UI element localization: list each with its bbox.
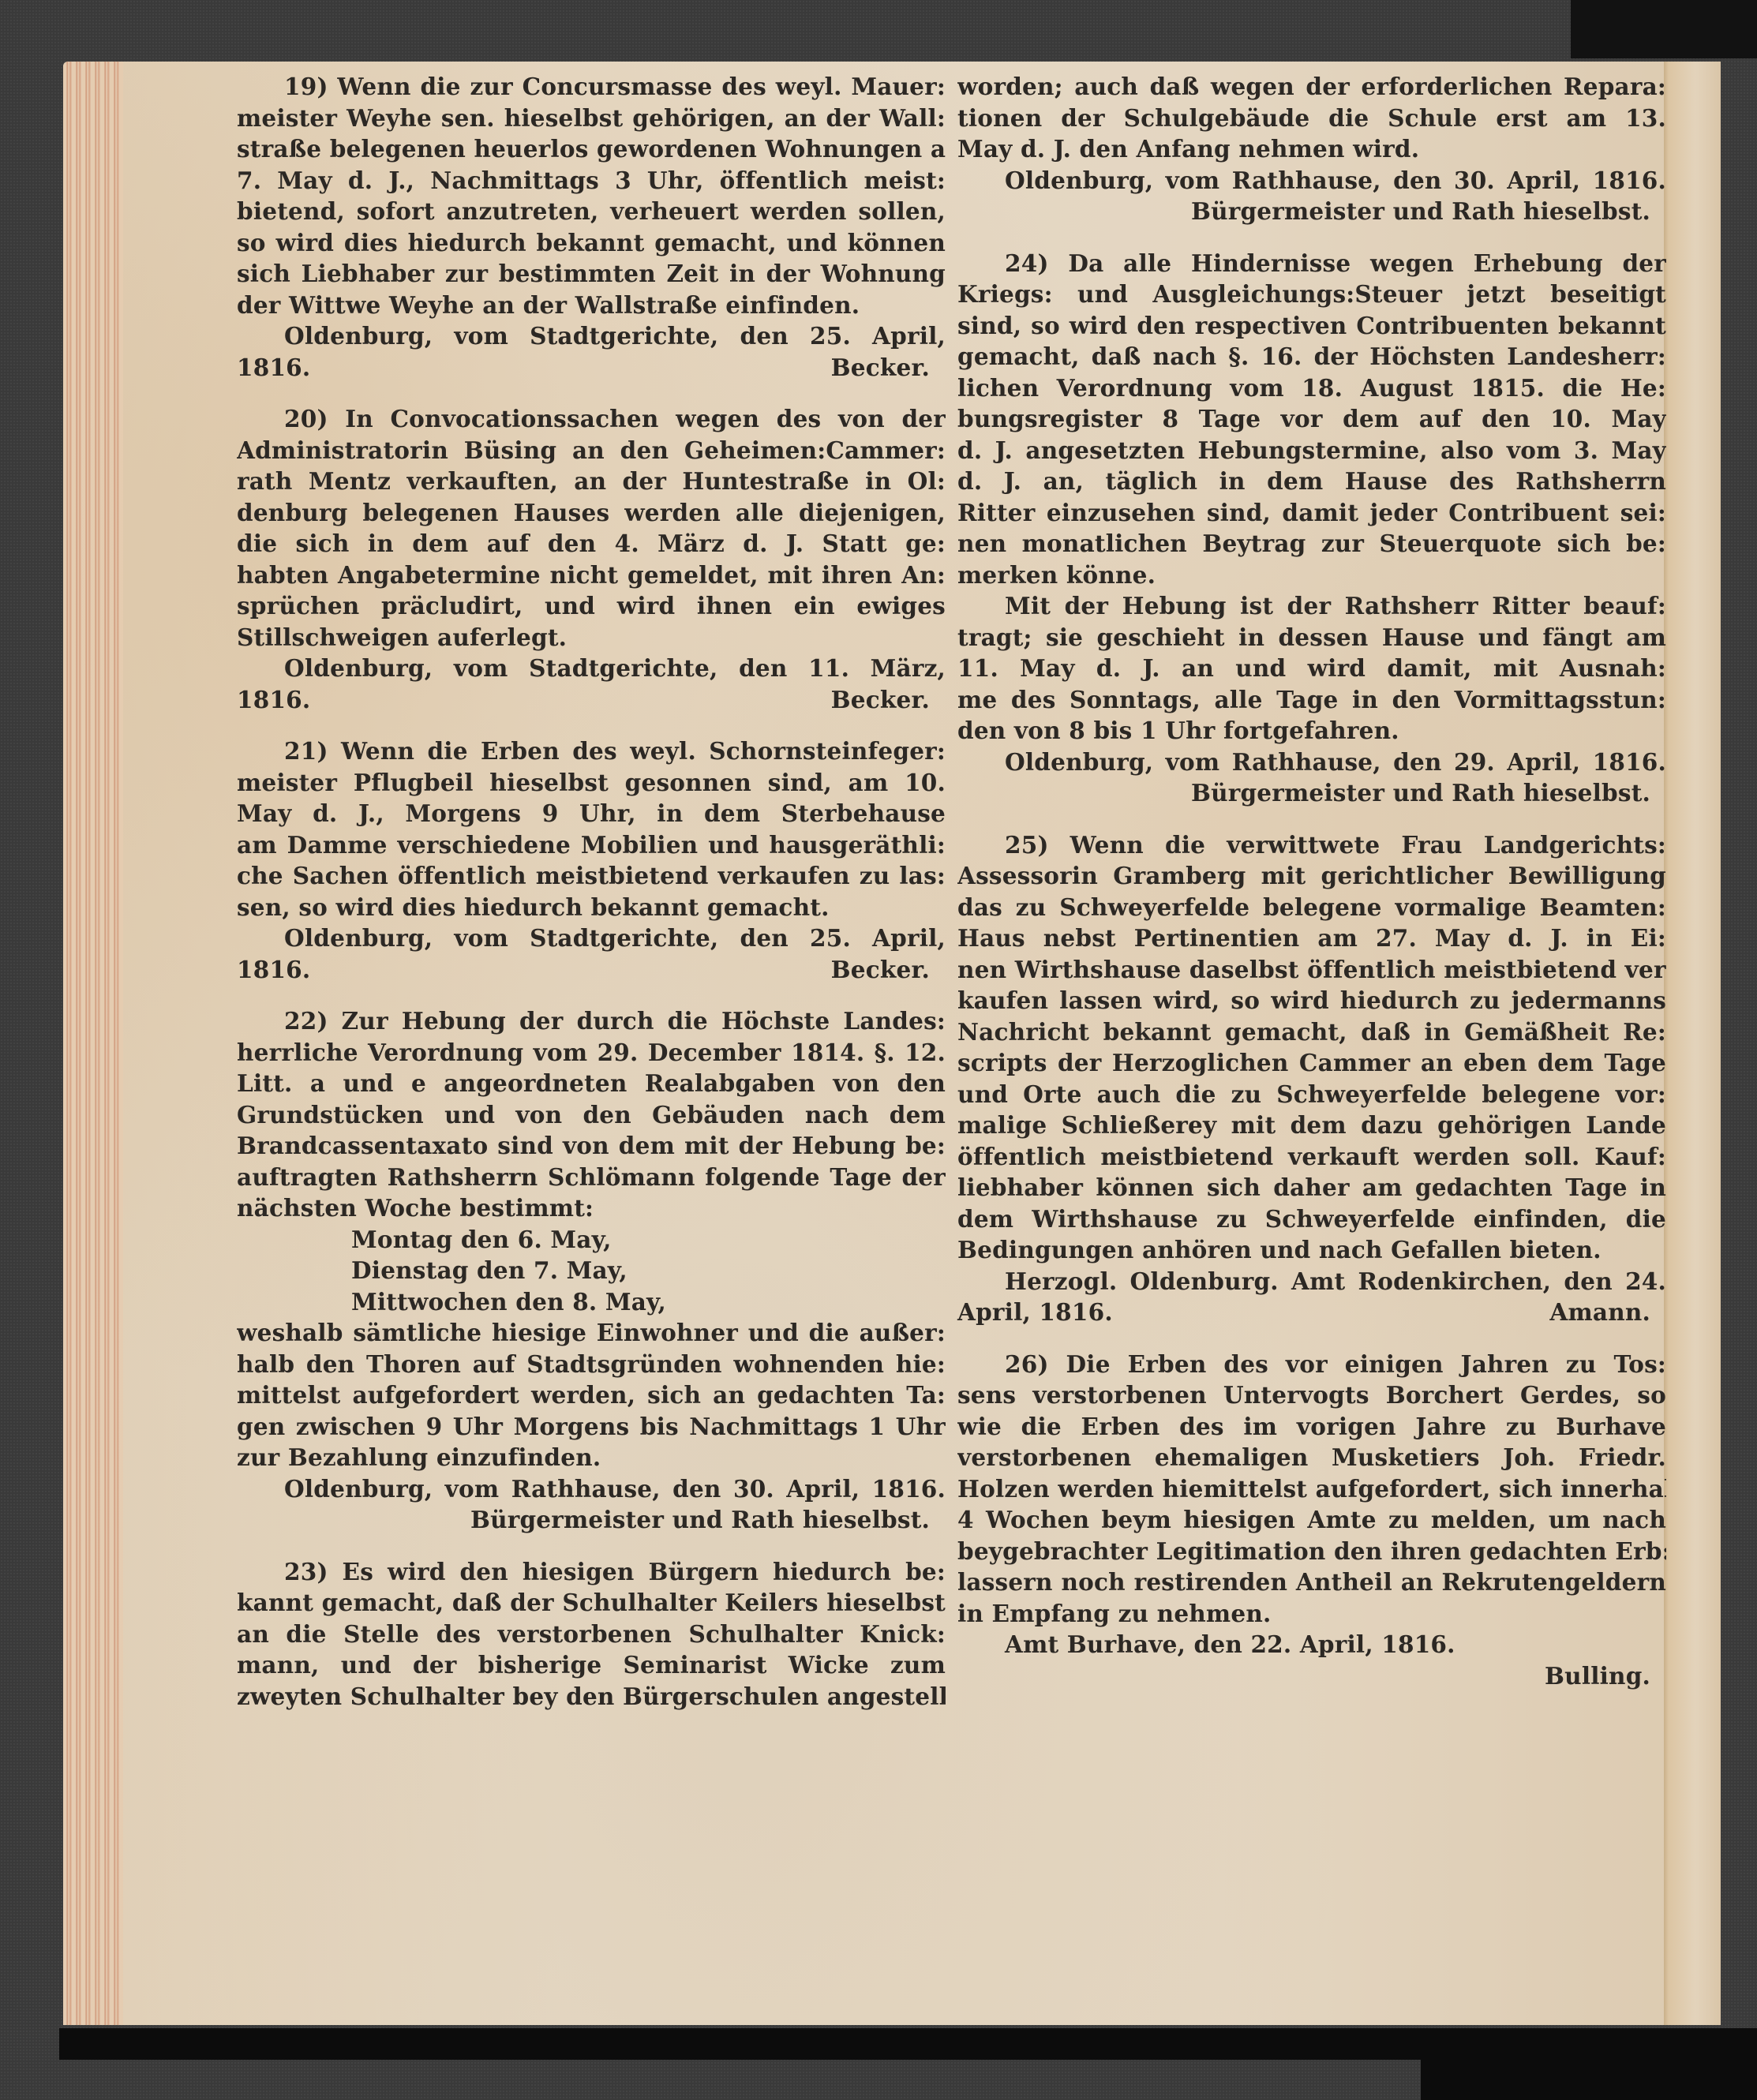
text-line: zweyten Schulhalter bey den Bürgerschule… (237, 1681, 946, 1713)
text-line: May d. J. den Anfang nehmen wird. (957, 133, 1666, 165)
signature: Bürgermeister und Rath hieselbst. (957, 777, 1666, 809)
notice-21: 21) Wenn die Erben des weyl. Schornstein… (237, 736, 946, 985)
text-line: meister Weyhe sen. hieselbst gehörigen, … (237, 103, 946, 134)
text-line: Brandcassentaxato sind von dem mit der H… (237, 1130, 946, 1162)
year: 1816. (237, 352, 310, 384)
text-line: kaufen lassen wird, so wird hiedurch zu … (957, 985, 1666, 1016)
text-line: straße belegenen heuerlos gewordenen Woh… (237, 133, 946, 165)
text-line: halb den Thoren auf Stadtsgründen wohnen… (237, 1349, 946, 1380)
text-line: lassern noch restirenden Antheil an Rekr… (957, 1567, 1666, 1598)
text-line: sich Liebhaber zur bestimmten Zeit in de… (237, 258, 946, 290)
text-line: d. J. angesetzten Hebungstermine, also v… (957, 435, 1666, 466)
signature-row: April, 1816. Amann. (957, 1297, 1666, 1328)
text-line: nen Wirthshause daselbst öffentlich meis… (957, 954, 1666, 986)
text-line: bietend, sofort anzutreten, verheuert we… (237, 196, 946, 227)
text-line: tionen der Schulgebäude die Schule erst … (957, 103, 1666, 134)
text-line: Nachricht bekannt gemacht, daß in Gemäßh… (957, 1016, 1666, 1048)
signature: Bürgermeister und Rath hieselbst. (237, 1504, 946, 1536)
notice-19: 19) Wenn die zur Concursmasse des weyl. … (237, 71, 946, 383)
text-line: wie die Erben des im vorigen Jahre zu Bu… (957, 1411, 1666, 1443)
text-line: Bedingungen anhören und nach Gefallen bi… (957, 1234, 1666, 1266)
text-line: meister Pflugbeil hieselbst gesonnen sin… (237, 767, 946, 799)
text-line: Administratorin Büsing an den Geheimen:C… (237, 435, 946, 466)
text-line: nen monatlichen Beytrag zur Steuerquote … (957, 528, 1666, 560)
dateline: Oldenburg, vom Rathhause, den 30. April,… (957, 165, 1666, 197)
year: April, 1816. (957, 1297, 1113, 1328)
text-line: dem Wirthshause zu Schweyerfelde einfind… (957, 1203, 1666, 1235)
text-line: beygebrachter Legitimation den ihren ged… (957, 1536, 1666, 1567)
dateline: Herzogl. Oldenburg. Amt Rodenkirchen, de… (957, 1266, 1666, 1297)
text-line: 11. May d. J. an und wird damit, mit Aus… (957, 653, 1666, 684)
notice-25: 25) Wenn die verwittwete Frau Landgerich… (957, 829, 1666, 1328)
text-line: worden; auch daß wegen der erforderliche… (957, 71, 1666, 103)
text-line: 25) Wenn die verwittwete Frau Landgerich… (957, 829, 1666, 861)
text-line: May d. J., Morgens 9 Uhr, in dem Sterbeh… (237, 798, 946, 829)
text-line: sens verstorbenen Untervogts Borchert Ge… (957, 1379, 1666, 1411)
text-line: an die Stelle des verstorbenen Schulhalt… (237, 1619, 946, 1650)
signature: Amann. (1549, 1297, 1650, 1328)
dateline: Oldenburg, vom Rathhause, den 29. April,… (957, 747, 1666, 778)
text-line: kannt gemacht, daß der Schulhalter Keile… (237, 1587, 946, 1619)
day-item: Dienstag den 7. May, (351, 1255, 946, 1286)
notice-20: 20) In Convocationssachen wegen des von … (237, 403, 946, 715)
text-line: sind, so wird den respectiven Contribuen… (957, 310, 1666, 342)
text-line: weshalb sämtliche hiesige Einwohner und … (237, 1317, 946, 1349)
text-line: merken könne. (957, 560, 1666, 591)
signature-row: 1816. Becker. (237, 684, 946, 716)
text-line: in Empfang zu nehmen. (957, 1598, 1666, 1630)
year: 1816. (237, 684, 310, 716)
text-line: öffentlich meistbietend verkauft werden … (957, 1141, 1666, 1173)
notice-24: 24) Da alle Hindernisse wegen Erhebung d… (957, 248, 1666, 809)
signature: Becker. (831, 684, 930, 716)
text-line: tragt; sie geschieht in dessen Hause und… (957, 622, 1666, 653)
text-line: so wird dies hiedurch bekannt gemacht, u… (237, 227, 946, 259)
scan-background-bottom (0, 2028, 1757, 2100)
dateline: Amt Burhave, den 22. April, 1816. (957, 1629, 1666, 1660)
text-line: me des Sonntags, alle Tage in den Vormit… (957, 684, 1666, 716)
dateline: Oldenburg, vom Stadtgerichte, den 11. Mä… (237, 653, 946, 684)
dateline: Oldenburg, vom Rathhause, den 30. April,… (237, 1473, 946, 1505)
day-item: Montag den 6. May, (351, 1224, 946, 1256)
text-line: d. J. an, täglich in dem Hause des Raths… (957, 466, 1666, 497)
text-line: nächsten Woche bestimmt: (237, 1192, 946, 1224)
text-line: 22) Zur Hebung der durch die Höchste Lan… (237, 1005, 946, 1037)
text-line: der Wittwe Weyhe an der Wallstraße einfi… (237, 290, 946, 321)
text-line: Kriegs: und Ausgleichungs:Steuer jetzt b… (957, 279, 1666, 310)
text-line: Haus nebst Pertinentien am 27. May d. J.… (957, 923, 1666, 954)
text-line: mittelst aufgefordert werden, sich an ge… (237, 1379, 946, 1411)
text-line: die sich in dem auf den 4. März d. J. St… (237, 528, 946, 560)
text-line: 19) Wenn die zur Concursmasse des weyl. … (237, 71, 946, 103)
text-line: auftragten Rathsherrn Schlömann folgende… (237, 1162, 946, 1193)
stacked-page-edges (63, 62, 123, 2025)
text-line: malige Schließerey mit dem dazu gehörige… (957, 1110, 1666, 1141)
scan-background-block (1421, 2028, 1757, 2100)
dateline: Oldenburg, vom Stadtgerichte, den 25. Ap… (237, 320, 946, 352)
scan-background-top-right (1571, 0, 1757, 58)
text-line: 4 Wochen beym hiesigen Amte zu melden, u… (957, 1504, 1666, 1536)
signature: Becker. (831, 352, 930, 384)
text-line: rath Mentz verkauften, an der Huntestraß… (237, 466, 946, 497)
text-line: herrliche Verordnung vom 29. December 18… (237, 1037, 946, 1069)
text-line: 26) Die Erben des vor einigen Jahren zu … (957, 1349, 1666, 1380)
right-column: worden; auch daß wegen der erforderliche… (957, 71, 1666, 1712)
text-line: 20) In Convocationssachen wegen des von … (237, 403, 946, 435)
signature-row: 1816. Becker. (237, 352, 946, 384)
text-line: Mit der Hebung ist der Rathsherr Ritter … (957, 590, 1666, 622)
text-line: Litt. a und e angeordneten Realabgaben v… (237, 1068, 946, 1099)
signature: Bulling. (957, 1660, 1666, 1692)
text-line: Ritter einzusehen sind, damit jeder Cont… (957, 497, 1666, 529)
text-line: habten Angabetermine nicht gemeldet, mit… (237, 560, 946, 591)
signature: Bürgermeister und Rath hieselbst. (957, 196, 1666, 227)
notice-26: 26) Die Erben des vor einigen Jahren zu … (957, 1349, 1666, 1692)
text-line: das zu Schweyerfelde belegene vormalige … (957, 892, 1666, 923)
notice-23-continued: worden; auch daß wegen der erforderliche… (957, 71, 1666, 227)
text-line: 23) Es wird den hiesigen Bürgern hiedurc… (237, 1556, 946, 1588)
text-line: und Orte auch die zu Schweyerfelde beleg… (957, 1079, 1666, 1110)
text-line: Holzen werden hiemittelst aufgefordert, … (957, 1473, 1666, 1505)
text-line: denburg belegenen Hauses werden alle die… (237, 497, 946, 529)
text-line: mann, und der bisherige Seminarist Wicke… (237, 1649, 946, 1681)
day-item: Mittwochen den 8. May, (351, 1286, 946, 1318)
text-line: verstorbenen ehemaligen Musketiers Joh. … (957, 1442, 1666, 1473)
notice-23: 23) Es wird den hiesigen Bürgern hiedurc… (237, 1556, 946, 1713)
notice-22: 22) Zur Hebung der durch die Höchste Lan… (237, 1005, 946, 1536)
collection-days-list: Montag den 6. May, Dienstag den 7. May, … (237, 1224, 946, 1318)
dateline: Oldenburg, vom Stadtgerichte, den 25. Ap… (237, 923, 946, 954)
text-line: che Sachen öffentlich meistbietend verka… (237, 860, 946, 892)
text-line: bungsregister 8 Tage vor dem auf den 10.… (957, 403, 1666, 435)
text-line: gen zwischen 9 Uhr Morgens bis Nachmitta… (237, 1411, 946, 1443)
text-line: sprüchen präcludirt, und wird ihnen ein … (237, 590, 946, 622)
left-column: 19) Wenn die zur Concursmasse des weyl. … (237, 71, 946, 1732)
text-line: Stillschweigen auferlegt. (237, 622, 946, 653)
text-line: lichen Verordnung vom 18. August 1815. d… (957, 372, 1666, 404)
text-line: Assessorin Gramberg mit gerichtlicher Be… (957, 860, 1666, 892)
text-line: liebhaber können sich daher am gedachten… (957, 1172, 1666, 1203)
text-line: am Damme verschiedene Mobilien und hausg… (237, 829, 946, 861)
signature: Becker. (831, 954, 930, 986)
text-line: sen, so wird dies hiedurch bekannt gemac… (237, 892, 946, 923)
text-line: 24) Da alle Hindernisse wegen Erhebung d… (957, 248, 1666, 279)
signature-row: 1816. Becker. (237, 954, 946, 986)
text-line: 21) Wenn die Erben des weyl. Schornstein… (237, 736, 946, 767)
text-line: 7. May d. J., Nachmittags 3 Uhr, öffentl… (237, 165, 946, 197)
text-line: den von 8 bis 1 Uhr fortgefahren. (957, 715, 1666, 747)
text-line: Grundstücken und von den Gebäuden nach d… (237, 1099, 946, 1131)
text-line: gemacht, daß nach §. 16. der Höchsten La… (957, 341, 1666, 372)
text-line: scripts der Herzoglichen Cammer an eben … (957, 1047, 1666, 1079)
binding-gutter (1664, 62, 1721, 2025)
year: 1816. (237, 954, 310, 986)
text-line: zur Bezahlung einzufinden. (237, 1442, 946, 1473)
